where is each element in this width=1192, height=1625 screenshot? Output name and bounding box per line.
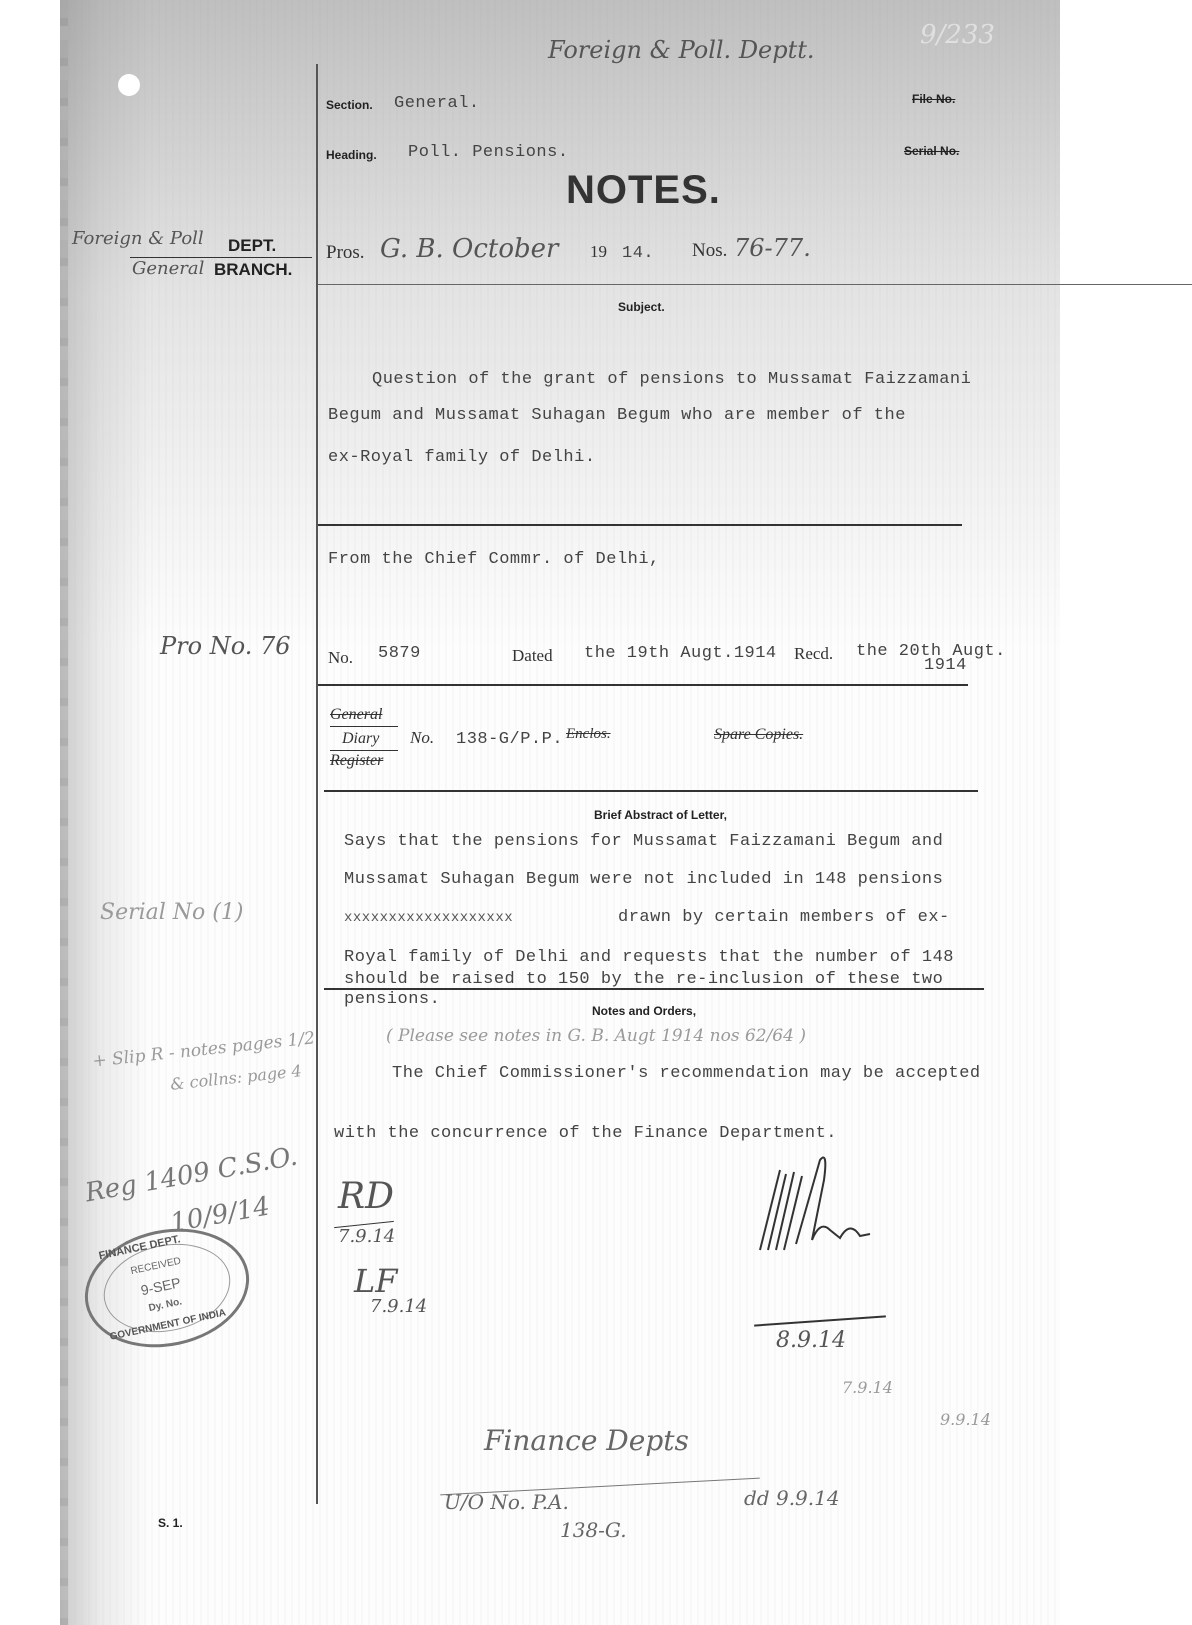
heading-value: Poll. Pensions. xyxy=(408,143,569,162)
file-ref-corner: 9/233 xyxy=(920,20,995,50)
recd-year: 1914 xyxy=(924,656,967,675)
document-page xyxy=(60,0,1060,1625)
footer-finance-dept: Finance Depts xyxy=(484,1424,689,1457)
from-line: From the Chief Commr. of Delhi, xyxy=(328,550,660,569)
register-rule-2 xyxy=(330,750,398,751)
spare-copies-label: Spare Copies. xyxy=(714,726,803,744)
section-label: Section. xyxy=(326,98,373,112)
dated-label: Dated xyxy=(512,646,553,666)
subject-line-1: Question of the grant of pensions to Mus… xyxy=(372,370,971,389)
pros-label: Pros. xyxy=(326,242,365,264)
abstract-struck-text: xxxxxxxxxxxxxxxxxxx xyxy=(344,910,513,926)
signature-date: 8.9.14 xyxy=(776,1328,846,1353)
register-divider xyxy=(324,790,978,792)
footer-ref: U/O No. P.A. xyxy=(444,1490,569,1514)
dated-value: the 19th Augt.1914 xyxy=(584,644,777,663)
letter-divider xyxy=(318,684,968,686)
letter-no: 5879 xyxy=(378,644,421,663)
recd-label: Recd. xyxy=(794,644,833,664)
notes-reference: ( Please see notes in G. B. Augt 1914 no… xyxy=(386,1026,806,1046)
no-label: No. xyxy=(328,648,353,668)
year-prefix: 19 xyxy=(590,242,607,262)
subject-divider xyxy=(318,524,962,526)
pros-divider xyxy=(318,284,1192,285)
torn-edge xyxy=(60,0,68,1625)
dept-handwritten: Foreign & Poll xyxy=(72,228,204,249)
initial-rd: RD xyxy=(338,1176,394,1217)
faint-initial: 7.9.14 xyxy=(842,1378,893,1397)
abstract-line-1: Says that the pensions for Mussamat Faiz… xyxy=(344,832,943,851)
diary-no-value: 138-G/P.P. xyxy=(456,730,563,749)
punch-hole xyxy=(118,74,140,96)
page-title: NOTES. xyxy=(566,168,721,213)
enclos-label: Enclos. xyxy=(566,726,611,743)
order-line-1: The Chief Commissioner's recommendation … xyxy=(392,1064,981,1083)
header-annotation: Foreign & Poll. Deptt. xyxy=(548,36,815,64)
subject-line-2: Begum and Mussamat Suhagan Begum who are… xyxy=(328,406,906,425)
diary-no-label: No. xyxy=(410,728,434,748)
abstract-line-5: should be raised to 150 by the re-inclus… xyxy=(344,970,943,989)
file-no-label: File No. xyxy=(912,92,955,106)
section-value: General. xyxy=(394,94,480,113)
register-diary: Diary xyxy=(342,730,379,748)
dept-label: DEPT. xyxy=(228,236,276,256)
heading-label: Heading. xyxy=(326,148,377,162)
notes-orders-label: Notes and Orders, xyxy=(592,1004,696,1018)
abstract-label: Brief Abstract of Letter, xyxy=(594,808,727,822)
abstract-line-4: Royal family of Delhi and requests that … xyxy=(344,948,954,967)
margin-rule xyxy=(316,64,318,1504)
abstract-line-2: Mussamat Suhagan Begum were not included… xyxy=(344,870,943,889)
nos-value: 76-77. xyxy=(734,234,811,262)
initial-lf-date: 7.9.14 xyxy=(370,1296,427,1317)
branch-handwritten: General xyxy=(132,258,204,279)
margin-serial-no: Serial No (1) xyxy=(100,900,243,925)
signature-mark xyxy=(750,1150,910,1260)
footer-date: dd 9.9.14 xyxy=(744,1486,840,1510)
abstract-line-3: drawn by certain members of ex- xyxy=(618,908,950,927)
initial-rd-date: 7.9.14 xyxy=(338,1226,395,1247)
pro-no-handwritten: Pro No. 76 xyxy=(160,632,291,660)
form-code: S. 1. xyxy=(158,1516,183,1530)
serial-no-label: Serial No. xyxy=(904,144,959,158)
footer-ref-2: 138-G. xyxy=(560,1518,627,1542)
register-rule-1 xyxy=(330,726,398,727)
subject-label: Subject. xyxy=(618,300,665,314)
register-register: Register xyxy=(330,752,383,770)
initial-lf: LF xyxy=(354,1262,397,1300)
faint-date: 9.9.14 xyxy=(940,1410,991,1429)
register-general: General xyxy=(330,706,382,724)
subject-line-3: ex-Royal family of Delhi. xyxy=(328,448,596,467)
nos-label: Nos. xyxy=(692,240,727,262)
order-line-2: with the concurrence of the Finance Depa… xyxy=(334,1124,837,1143)
year-suffix: 14. xyxy=(622,244,654,263)
branch-label: BRANCH. xyxy=(214,260,292,280)
abstract-line-6: pensions. xyxy=(344,990,440,1009)
pros-value: G. B. October xyxy=(380,234,558,264)
